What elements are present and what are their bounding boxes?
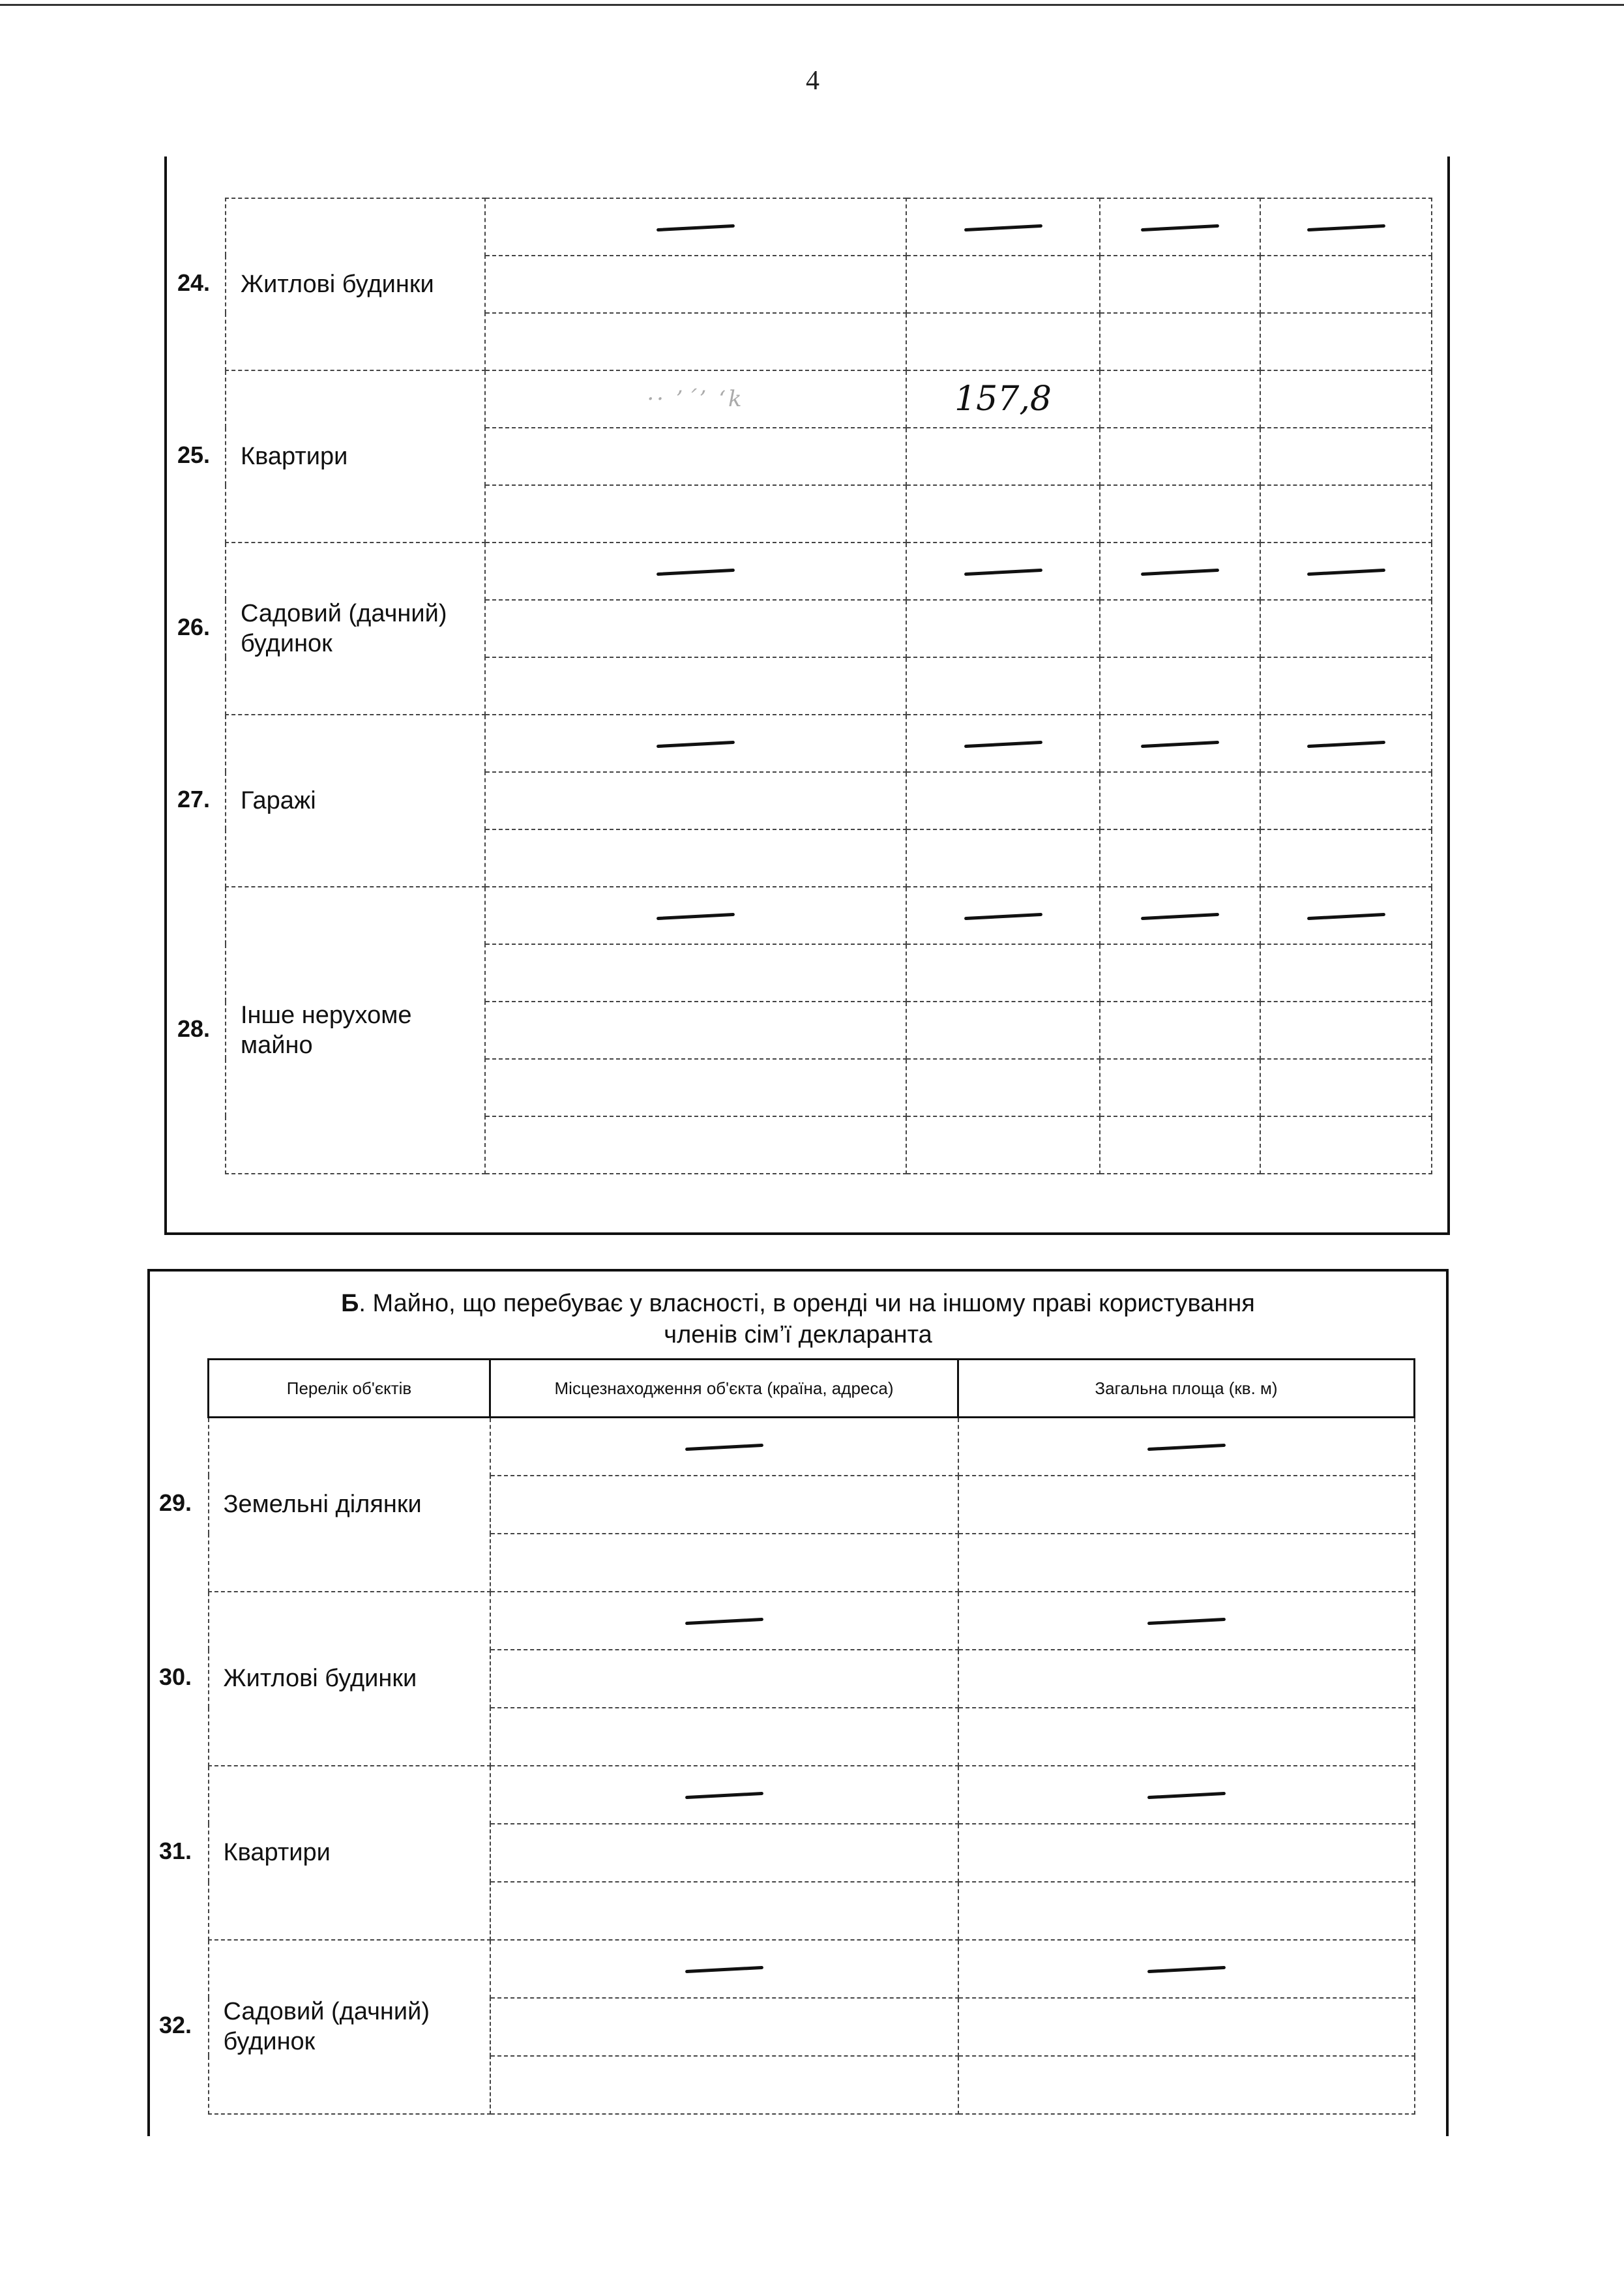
table-row: Житлові будинки (226, 198, 1432, 256)
table-cell[interactable] (958, 1418, 1415, 1476)
table-cell[interactable] (490, 1476, 958, 1534)
table-cell[interactable] (485, 772, 906, 829)
table-cell[interactable] (1100, 715, 1260, 772)
table-cell[interactable]: ·· ’´’ ‘k (485, 370, 906, 428)
table-cell[interactable] (1260, 256, 1432, 313)
table-cell[interactable] (906, 600, 1100, 657)
section-b-title: Б. Майно, що перебуває у власності, в ор… (147, 1288, 1449, 1350)
table-cell[interactable] (1260, 1116, 1432, 1174)
row-number: 25. (177, 441, 210, 469)
table-cell[interactable] (1100, 772, 1260, 829)
header-location: Місцезнаходження об'єкта (країна, адреса… (490, 1360, 958, 1418)
table-cell[interactable] (906, 313, 1100, 370)
row-number: 27. (177, 786, 210, 813)
dash-mark (1141, 224, 1219, 231)
dash-mark (1147, 1618, 1225, 1625)
dash-mark (1141, 569, 1219, 576)
table-cell[interactable] (1260, 829, 1432, 887)
table-cell[interactable] (485, 715, 906, 772)
table-cell[interactable] (485, 313, 906, 370)
table-cell[interactable] (490, 1418, 958, 1476)
dash-mark (657, 569, 735, 576)
row-label: Садовий (дачний) будинок (209, 1940, 490, 2114)
table-cell[interactable] (1260, 715, 1432, 772)
table-cell[interactable] (906, 657, 1100, 715)
table-cell[interactable] (490, 1650, 958, 1708)
table-cell[interactable] (1260, 313, 1432, 370)
table-cell[interactable] (958, 1650, 1415, 1708)
illegible-handwriting: ·· ’´’ ‘k (647, 386, 744, 412)
dash-mark (964, 224, 1042, 231)
dash-mark (964, 569, 1042, 576)
table-cell[interactable] (1100, 543, 1260, 600)
table-row: Квартири (209, 1766, 1415, 1824)
dash-mark (685, 1444, 763, 1451)
table-cell[interactable] (958, 1824, 1415, 1882)
table-cell[interactable] (485, 543, 906, 600)
table-cell[interactable] (958, 1592, 1415, 1650)
table-row: Житлові будинки (209, 1592, 1415, 1650)
table-cell[interactable] (958, 1708, 1415, 1766)
table-cell[interactable] (490, 2056, 958, 2114)
dash-mark (685, 1966, 763, 1973)
table-cell[interactable] (485, 1002, 906, 1059)
row-label: Гаражі (226, 715, 485, 887)
table-cell[interactable] (1260, 1002, 1432, 1059)
header-area: Загальна площа (кв. м) (958, 1360, 1415, 1418)
dash-mark (1307, 224, 1385, 231)
table-cell[interactable] (490, 1534, 958, 1592)
table-cell[interactable] (906, 1002, 1100, 1059)
section-b-table: Перелік об'єктів Місцезнаходження об'єкт… (207, 1358, 1415, 2115)
table-cell[interactable] (1100, 1116, 1260, 1174)
section-b-title-line1: . Майно, що перебуває у власності, в оре… (359, 1290, 1254, 1317)
table-row: Інше нерухоме майно (226, 887, 1432, 944)
row-number: 24. (177, 269, 210, 297)
table-cell[interactable] (1100, 313, 1260, 370)
dash-mark (685, 1618, 763, 1625)
row-label: Житлові будинки (209, 1592, 490, 1766)
table-cell[interactable] (1260, 485, 1432, 543)
dash-mark (1307, 913, 1385, 920)
table-row: Квартири·· ’´’ ‘k157,8 (226, 370, 1432, 428)
section-a-table: Житлові будинкиКвартири·· ’´’ ‘k157,8Сад… (225, 198, 1432, 1174)
table-cell[interactable] (906, 715, 1100, 772)
table-cell[interactable] (485, 600, 906, 657)
table-cell[interactable] (1100, 256, 1260, 313)
table-cell[interactable] (1260, 944, 1432, 1002)
table-cell[interactable] (485, 944, 906, 1002)
table-cell[interactable] (1260, 600, 1432, 657)
row-number: 32. (159, 2012, 192, 2039)
table-cell[interactable] (958, 1476, 1415, 1534)
table-cell[interactable] (958, 1534, 1415, 1592)
table-cell[interactable] (485, 1059, 906, 1116)
table-cell[interactable] (490, 1708, 958, 1766)
dash-mark (685, 1792, 763, 1799)
row-number: 31. (159, 1838, 192, 1865)
table-cell[interactable] (490, 1824, 958, 1882)
table-cell[interactable] (1100, 198, 1260, 256)
table-cell[interactable] (1100, 1002, 1260, 1059)
row-number: 28. (177, 1015, 210, 1043)
dash-mark (1147, 1792, 1225, 1799)
row-number: 30. (159, 1663, 192, 1691)
dash-mark (1141, 913, 1219, 920)
row-number: 29. (159, 1489, 192, 1517)
row-label: Садовий (дачний) будинок (226, 543, 485, 715)
table-cell[interactable] (1260, 370, 1432, 428)
table-cell[interactable] (1100, 600, 1260, 657)
dash-mark (1307, 569, 1385, 576)
table-cell[interactable] (1100, 1059, 1260, 1116)
table-cell[interactable] (485, 256, 906, 313)
table-cell[interactable] (1260, 657, 1432, 715)
table-cell[interactable] (485, 657, 906, 715)
table-cell[interactable] (906, 198, 1100, 256)
table-cell[interactable] (1100, 657, 1260, 715)
table-cell[interactable] (1100, 829, 1260, 887)
row-label: Житлові будинки (226, 198, 485, 370)
table-cell[interactable] (958, 1882, 1415, 1940)
page-top-edge (0, 4, 1624, 6)
table-cell[interactable] (485, 428, 906, 485)
table-cell[interactable] (490, 1592, 958, 1650)
table-cell[interactable] (958, 1940, 1415, 1998)
table-cell[interactable] (1100, 370, 1260, 428)
table-cell[interactable] (958, 1766, 1415, 1824)
table-cell[interactable] (1100, 485, 1260, 543)
table-cell[interactable] (906, 1116, 1100, 1174)
table-cell[interactable] (958, 2056, 1415, 2114)
table-cell[interactable] (490, 1998, 958, 2056)
table-cell[interactable] (1260, 1059, 1432, 1116)
table-cell[interactable] (906, 256, 1100, 313)
table-cell[interactable] (485, 829, 906, 887)
dash-mark (1307, 741, 1385, 748)
table-cell[interactable] (490, 1882, 958, 1940)
table-cell[interactable] (906, 772, 1100, 829)
table-cell[interactable] (906, 944, 1100, 1002)
dash-mark (964, 913, 1042, 920)
row-label: Квартири (226, 370, 485, 543)
table-cell[interactable] (906, 1059, 1100, 1116)
table-cell[interactable] (485, 198, 906, 256)
table-cell[interactable] (958, 1998, 1415, 2056)
row-label: Квартири (209, 1766, 490, 1940)
table-row: Садовий (дачний) будинок (226, 543, 1432, 600)
table-cell[interactable] (490, 1766, 958, 1824)
section-b-letter: Б (341, 1290, 359, 1317)
page-number: 4 (806, 65, 819, 97)
table-cell[interactable] (1100, 887, 1260, 944)
table-cell[interactable]: 157,8 (906, 370, 1100, 428)
table-cell[interactable] (1260, 772, 1432, 829)
table-cell[interactable] (1260, 428, 1432, 485)
row-number: 26. (177, 614, 210, 641)
section-b-header-row: Перелік об'єктів Місцезнаходження об'єкт… (209, 1360, 1415, 1418)
table-cell[interactable] (1260, 543, 1432, 600)
header-objects: Перелік об'єктів (209, 1360, 490, 1418)
row-label: Інше нерухоме майно (226, 887, 485, 1174)
dash-mark (1141, 741, 1219, 748)
table-cell[interactable] (906, 485, 1100, 543)
dash-mark (657, 224, 735, 231)
table-cell[interactable] (485, 485, 906, 543)
dash-mark (657, 913, 735, 920)
table-cell[interactable] (1100, 428, 1260, 485)
table-cell[interactable] (906, 829, 1100, 887)
table-cell[interactable] (1260, 198, 1432, 256)
table-cell[interactable] (485, 887, 906, 944)
table-cell[interactable] (906, 543, 1100, 600)
table-cell[interactable] (906, 887, 1100, 944)
section-b-title-line2: членів сім’ї декларанта (147, 1319, 1449, 1350)
dash-mark (1147, 1444, 1225, 1451)
dash-mark (657, 741, 735, 748)
dash-mark (1147, 1966, 1225, 1973)
table-cell[interactable] (1260, 887, 1432, 944)
table-cell[interactable] (1100, 944, 1260, 1002)
table-row: Гаражі (226, 715, 1432, 772)
row-label: Земельні ділянки (209, 1418, 490, 1592)
table-cell[interactable] (906, 428, 1100, 485)
dash-mark (964, 741, 1042, 748)
table-row: Земельні ділянки (209, 1418, 1415, 1476)
handwritten-value: 157,8 (954, 380, 1052, 419)
table-cell[interactable] (490, 1940, 958, 1998)
table-cell[interactable] (485, 1116, 906, 1174)
table-row: Садовий (дачний) будинок (209, 1940, 1415, 1998)
